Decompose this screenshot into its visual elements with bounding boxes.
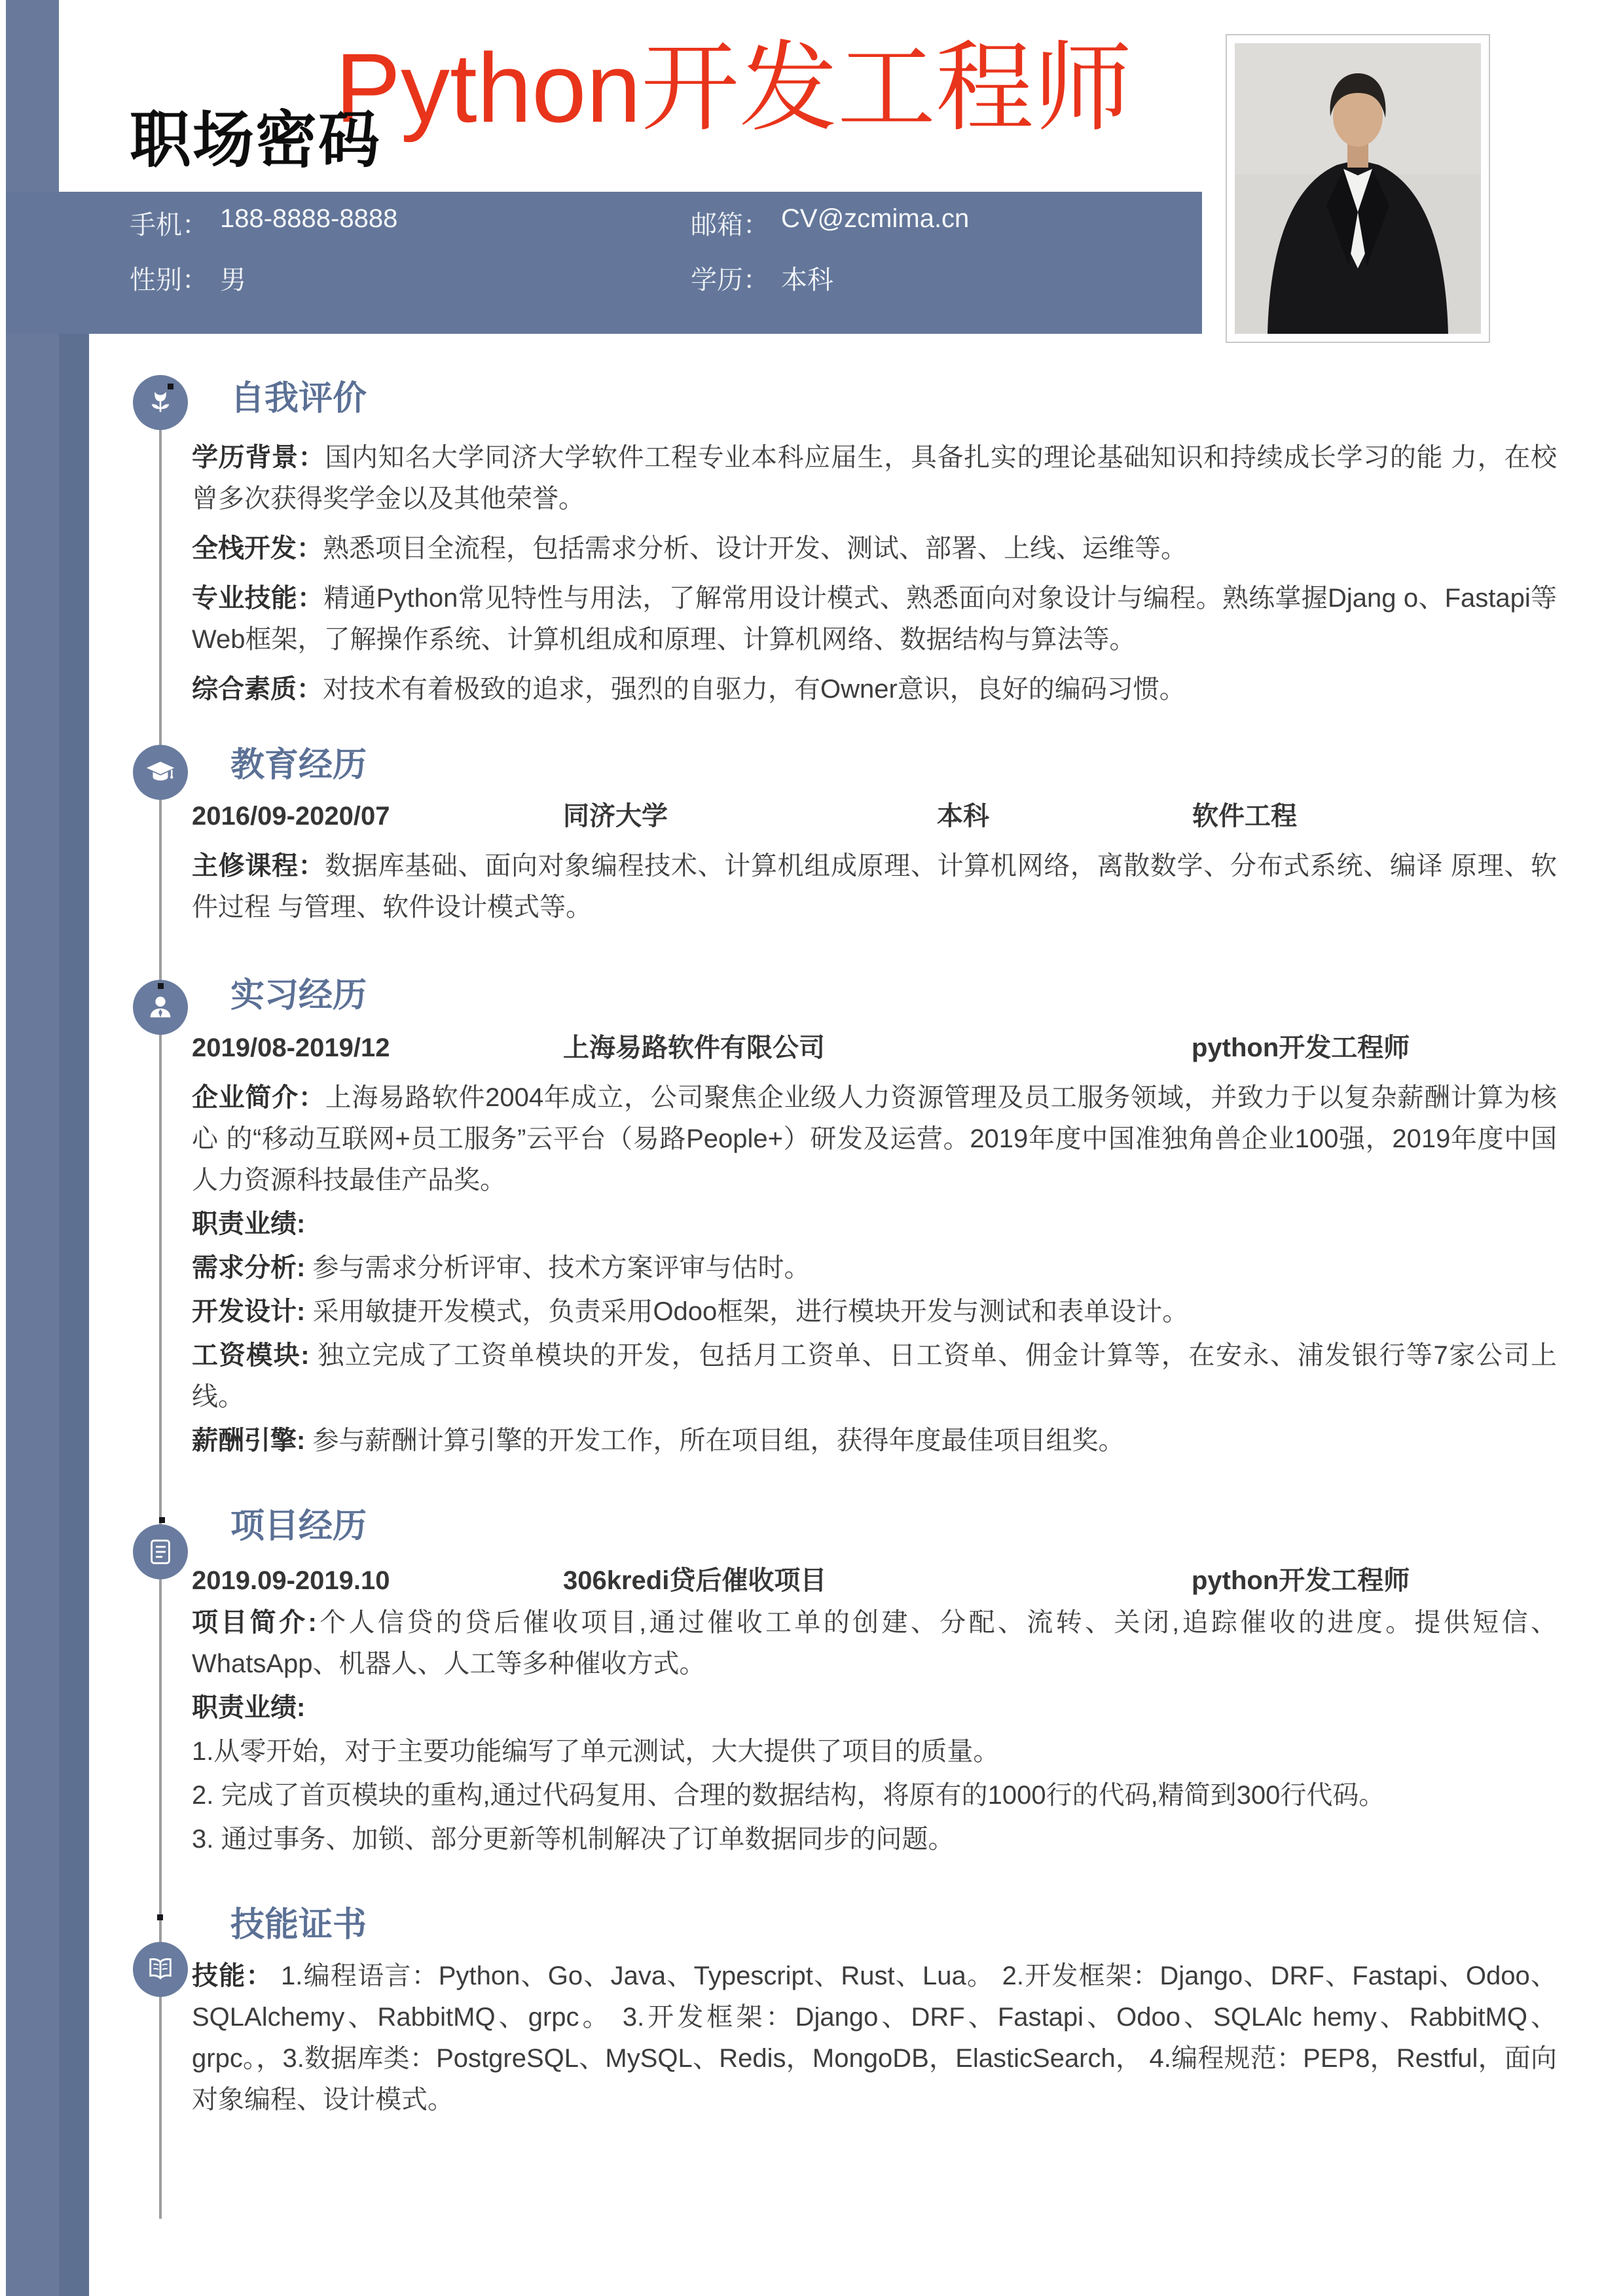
paragraph-text: 国内知名大学同济大学软件工程专业本科应届生，具备扎实的理论基础知识和持续成长学习…	[192, 443, 1557, 513]
education-degree: 本科	[937, 800, 1192, 833]
contact-degree: 学历： 本科	[691, 259, 833, 296]
resume-page: Python开发工程师 职场密码 手机： 188-8888-8888 邮箱： C…	[0, 0, 1623, 2296]
section-icon-circle	[133, 1524, 188, 1579]
flower-icon	[145, 387, 175, 418]
paragraph-label: 专业技能：	[192, 584, 323, 613]
section-title-internship: 实习经历	[230, 977, 367, 1014]
print-artifact-dot	[159, 1517, 165, 1523]
section-title-self-evaluation: 自我评价	[230, 380, 367, 418]
profile-photo	[1226, 34, 1490, 343]
paragraph-text: 独立完成了工资单模块的开发，包括月工资单、日工资单、佣金计算等，在安永、浦发银行…	[192, 1341, 1557, 1411]
paragraph-text: 1.从零开始，对于主要功能编写了单元测试，大大提供了项目的质量。	[192, 1737, 999, 1766]
project-role: python开发工程师	[1192, 1564, 1557, 1597]
degree-label: 学历：	[691, 259, 769, 296]
paragraph: 需求分析: 参与需求分析评审、技术方案评审与估时。	[192, 1247, 1557, 1289]
education-school: 同济大学	[563, 800, 937, 833]
paragraph-text: 数据库基础、面向对象编程技术、计算机组成原理、计算机网络，离散数学、分布式系统、…	[192, 852, 1557, 922]
paragraph-text: 对技术有着极致的追求，强烈的自驱力，有Owner意识，良好的编码习惯。	[323, 675, 1186, 704]
paragraph-text: 参与薪酬计算引擎的开发工作，所在项目组，获得年度最佳项目组奖。	[305, 1426, 1124, 1455]
paragraph: 2. 完成了首页模块的重构,通过代码复用、合理的数据结构，将原有的1000行的代…	[192, 1775, 1557, 1816]
gender-label: 性别：	[130, 259, 208, 296]
contact-phone: 手机： 188-8888-8888	[130, 204, 397, 242]
paragraph: 技能： 1.编程语言：Python、Go、Java、Typescript、Rus…	[192, 1956, 1557, 2121]
paragraph-label: 全栈开发：	[192, 534, 323, 563]
gender-value: 男	[220, 259, 246, 296]
paragraph: 专业技能：精通Python常见特性与用法，了解常用设计模式、熟悉面向对象设计与编…	[192, 578, 1557, 660]
internship-date: 2019/08-2019/12	[192, 1031, 563, 1064]
projects-body: 项目简介:个人信贷的贷后催收项目,通过催收工单的创建、分配、流转、关闭,追踪催收…	[192, 1602, 1557, 1863]
internship-company: 上海易路软件有限公司	[563, 1031, 1192, 1064]
paragraph: 全栈开发：熟悉项目全流程，包括需求分析、设计开发、测试、部署、上线、运维等。	[192, 528, 1557, 569]
paragraph-text: 1.编程语言：Python、Go、Java、Typescript、Rust、Lu…	[192, 1962, 1557, 2114]
paragraph: 项目简介:个人信贷的贷后催收项目,通过催收工单的创建、分配、流转、关闭,追踪催收…	[192, 1602, 1557, 1685]
paragraph-text: 3. 通过事务、加锁、部分更新等机制解决了订单数据同步的问题。	[192, 1825, 954, 1854]
education-date: 2016/09-2020/07	[192, 800, 563, 833]
section-icon-circle	[133, 745, 188, 800]
education-body: 主修课程：数据库基础、面向对象编程技术、计算机组成原理、计算机网络，离散数学、分…	[192, 846, 1557, 931]
print-artifact-dot	[168, 384, 173, 389]
contact-email: 邮箱： CV@zcmima.cn	[691, 204, 969, 242]
paragraph-label: 企业简介：	[192, 1083, 325, 1112]
paragraph: 工资模块: 独立完成了工资单模块的开发，包括月工资单、日工资单、佣金计算等，在安…	[192, 1335, 1557, 1418]
paragraph-label: 职责业绩:	[192, 1210, 305, 1238]
section-title-projects: 项目经历	[230, 1507, 367, 1545]
skills-body: 技能： 1.编程语言：Python、Go、Java、Typescript、Rus…	[192, 1956, 1557, 2123]
resume-title: Python开发工程师	[335, 37, 1132, 140]
paragraph: 薪酬引擎: 参与薪酬计算引擎的开发工作，所在项目组，获得年度最佳项目组奖。	[192, 1420, 1557, 1462]
paragraph: 职责业绩:	[192, 1687, 1557, 1729]
left-sidebar-strip-inner	[59, 192, 89, 2296]
paragraph-label: 技能：	[192, 1962, 273, 1990]
email-value: CV@zcmima.cn	[781, 204, 969, 242]
internship-body: 企业简介：上海易路软件2004年成立，公司聚焦企业级人力资源管理及员工服务领域，…	[192, 1077, 1557, 1464]
section-title-skills: 技能证书	[230, 1906, 367, 1944]
paragraph-label: 综合素质：	[192, 675, 323, 704]
education-major: 软件工程	[1192, 800, 1557, 833]
contact-gender: 性别： 男	[130, 259, 246, 296]
paragraph-label: 开发设计:	[192, 1297, 305, 1326]
paragraph-text: 精通Python常见特性与用法，了解常用设计模式、熟悉面向对象设计与编程。熟练掌…	[192, 584, 1557, 654]
paragraph-text: 上海易路软件2004年成立，公司聚焦企业级人力资源管理及员工服务领域，并致力于以…	[192, 1083, 1557, 1194]
education-row: 2016/09-2020/07 同济大学 本科 软件工程	[192, 800, 1557, 833]
paragraph: 企业简介：上海易路软件2004年成立，公司聚焦企业级人力资源管理及员工服务领域，…	[192, 1077, 1557, 1201]
project-date: 2019.09-2019.10	[192, 1564, 563, 1597]
paragraph-label: 主修课程：	[192, 852, 325, 880]
paragraph-text: 采用敏捷开发模式，负责采用Odoo框架，进行模块开发与测试和表单设计。	[305, 1297, 1188, 1326]
open-book-icon	[145, 1954, 175, 1984]
internship-row: 2019/08-2019/12 上海易路软件有限公司 python开发工程师	[192, 1031, 1557, 1064]
project-name: 306kredi贷后催收项目	[563, 1564, 1192, 1597]
paragraph-text: 2. 完成了首页模块的重构,通过代码复用、合理的数据结构，将原有的1000行的代…	[192, 1781, 1385, 1810]
paragraph-text: 参与需求分析评审、技术方案评审与估时。	[305, 1253, 810, 1282]
list-icon	[145, 1537, 175, 1567]
phone-label: 手机：	[130, 204, 208, 242]
paragraph: 1.从零开始，对于主要功能编写了单元测试，大大提供了项目的质量。	[192, 1731, 1557, 1772]
paragraph-label: 工资模块:	[192, 1341, 310, 1370]
paragraph: 学历背景：国内知名大学同济大学软件工程专业本科应届生，具备扎实的理论基础知识和持…	[192, 437, 1557, 520]
paragraph: 职责业绩:	[192, 1204, 1557, 1245]
print-artifact-dot	[157, 1914, 163, 1920]
paragraph: 开发设计: 采用敏捷开发模式，负责采用Odoo框架，进行模块开发与测试和表单设计…	[192, 1291, 1557, 1333]
brand-logo-text: 职场密码	[130, 90, 381, 179]
paragraph: 综合素质：对技术有着极致的追求，强烈的自驱力，有Owner意识，良好的编码习惯。	[192, 669, 1557, 710]
paragraph-label: 项目简介:	[192, 1608, 317, 1637]
degree-value: 本科	[781, 259, 833, 296]
graduation-cap-icon	[145, 757, 175, 787]
internship-role: python开发工程师	[1192, 1031, 1557, 1064]
paragraph-text: 熟悉项目全流程，包括需求分析、设计开发、测试、部署、上线、运维等。	[323, 534, 1187, 563]
paragraph: 主修课程：数据库基础、面向对象编程技术、计算机组成原理、计算机网络，离散数学、分…	[192, 846, 1557, 928]
project-row: 2019.09-2019.10 306kredi贷后催收项目 python开发工…	[192, 1564, 1557, 1597]
self-evaluation-body: 学历背景：国内知名大学同济大学软件工程专业本科应届生，具备扎实的理论基础知识和持…	[192, 437, 1557, 719]
profile-photo-image	[1235, 43, 1481, 334]
paragraph-label: 学历背景：	[192, 443, 325, 472]
paragraph-label: 需求分析:	[192, 1253, 305, 1282]
section-title-education: 教育经历	[230, 746, 367, 784]
paragraph: 3. 通过事务、加锁、部分更新等机制解决了订单数据同步的问题。	[192, 1819, 1557, 1860]
left-sidebar-strip	[6, 0, 59, 2296]
paragraph-label: 薪酬引擎:	[192, 1426, 305, 1455]
paragraph-text: 个人信贷的贷后催收项目,通过催收工单的创建、分配、流转、关闭,追踪催收的进度。提…	[192, 1608, 1557, 1678]
email-label: 邮箱：	[691, 204, 769, 242]
person-icon	[145, 992, 175, 1022]
paragraph-label: 职责业绩:	[192, 1693, 305, 1722]
section-icon-circle	[133, 1942, 188, 1997]
section-icon-circle	[133, 375, 188, 430]
phone-value: 188-8888-8888	[220, 204, 397, 242]
print-artifact-dot	[158, 983, 164, 989]
